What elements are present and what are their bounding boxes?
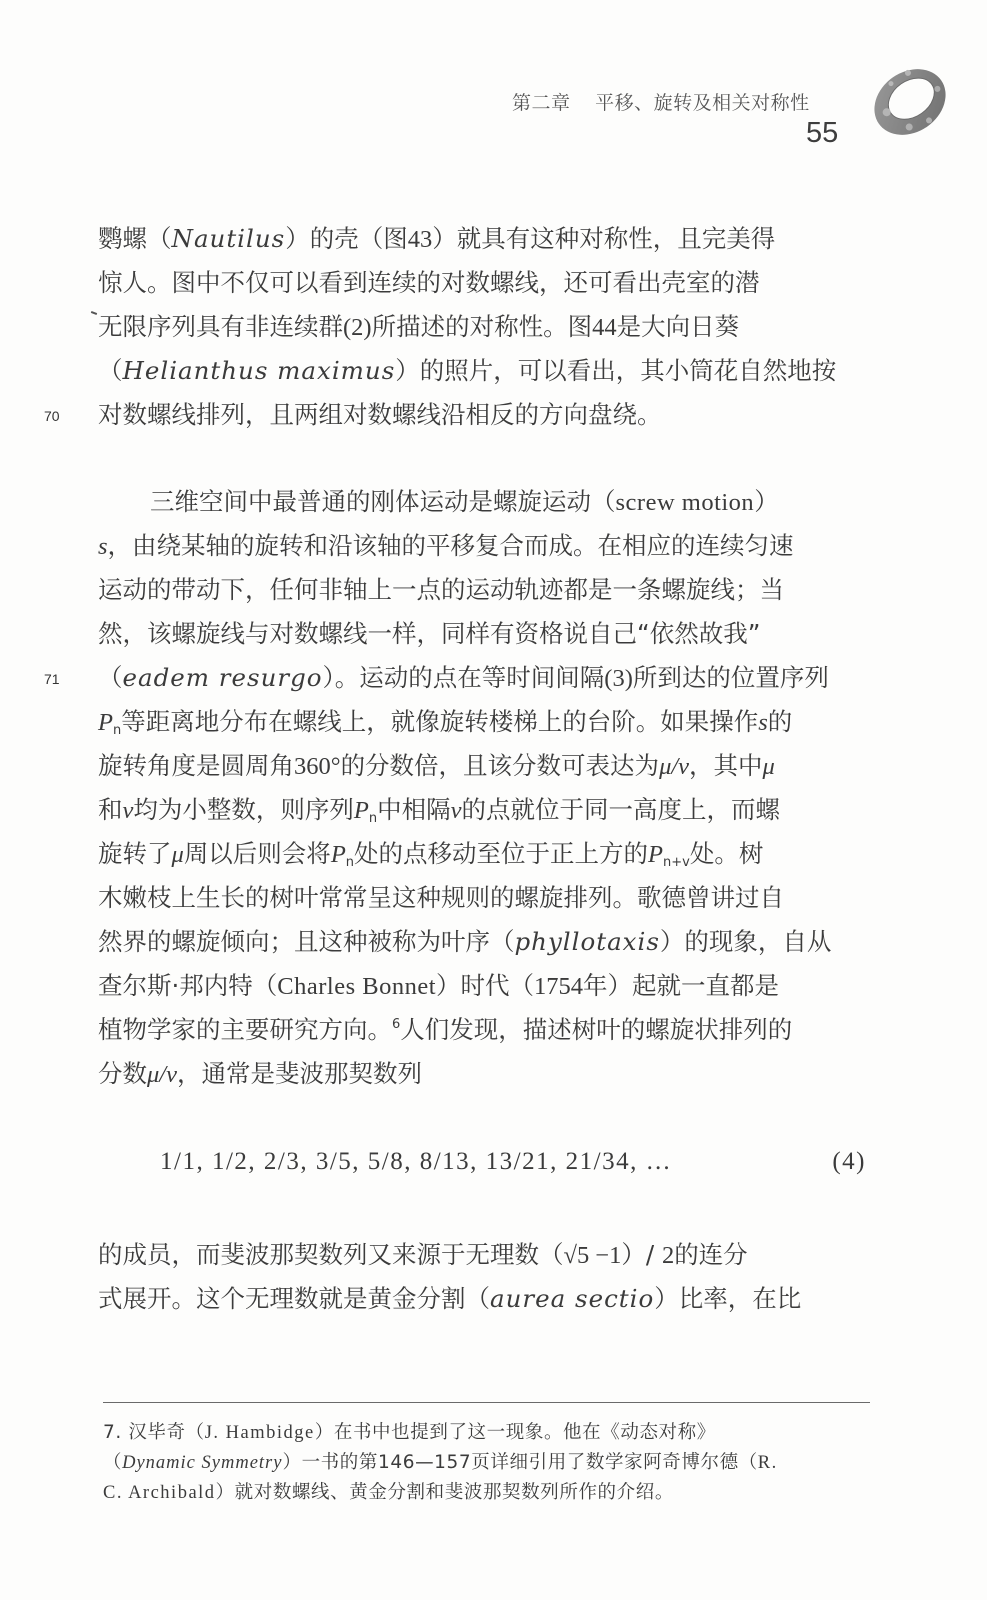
paragraph-2-line-1: 三维空间中最普通的刚体运动是螺旋运动（screw motion）: [150, 480, 779, 525]
variable: v: [451, 797, 462, 824]
text: 鹦螺（: [98, 224, 172, 253]
margin-number-70: 70: [44, 408, 60, 424]
latin-term: Helianthus maximus: [123, 356, 396, 385]
text: 所描述的对称性。图: [372, 312, 593, 341]
variable: s: [758, 709, 768, 736]
latin-term: aurea sectio: [490, 1284, 654, 1313]
text: ）的现象，自从: [660, 927, 832, 956]
person-name: C. Archibald: [103, 1483, 216, 1503]
paragraph-1-line-5: 对数螺线排列，且两组对数螺线沿相反的方向盘绕。: [98, 393, 662, 437]
paragraph-1-line-4: （Helianthus maximus）的照片，可以看出，其小筒花自然地按: [98, 349, 836, 393]
paragraph-2-line-5: （eadem resurgo）。运动的点在等时间间隔(3)所到达的位置序列: [98, 656, 829, 701]
fraction: μ/v: [147, 1061, 177, 1088]
math-expression: √5 −1: [564, 1242, 622, 1269]
text: ）: [754, 487, 779, 516]
text: ）/: [621, 1240, 662, 1269]
paragraph-2-line-8: 和v均为小整数，则序列Pn中相隔v的点就位于同一高度上，而螺: [98, 788, 780, 833]
text: 和: [98, 795, 123, 824]
year: 1754: [534, 973, 583, 1000]
running-head: 第二章 平移、旋转及相关对称性: [512, 88, 810, 115]
paragraph-2-line-3: 运动的带动下，任何非轴上一点的运动轨迹都是一条螺旋线；当: [98, 568, 784, 612]
figure-ref: 44: [592, 314, 617, 341]
text: ）在书中也提到了这一现象。他在《动态对称》: [315, 1422, 716, 1443]
text: （: [98, 356, 123, 385]
text: 等距离地分布在螺线上，就像旋转楼梯上的台阶。如果操作: [121, 707, 758, 736]
paragraph-1-line-1: 鹦螺（Nautilus）的壳（图43）就具有这种对称性，且完美得: [98, 217, 775, 262]
text: ）比率，在比: [654, 1284, 801, 1313]
latin-term: Nautilus: [172, 224, 286, 253]
footnote-line-1: 7. 汉毕奇（J. Hambidge）在书中也提到了这一现象。他在《动态对称》: [103, 1418, 716, 1448]
text: 然界的螺旋倾向；且这种被称为叶序（: [98, 927, 515, 956]
text: ）就具有这种对称性，且完美得: [432, 224, 775, 253]
text: ）的照片，可以看出，其小筒花自然地按: [395, 356, 836, 385]
number: 2: [662, 1242, 674, 1269]
paragraph-3-line-2: 式展开。这个无理数就是黄金分割（aurea sectio）比率，在比: [98, 1277, 801, 1321]
paragraph-2-line-2: s，由绕某轴的旋转和沿该轴的平移复合而成。在相应的连续匀速: [98, 524, 794, 569]
paragraph-1-line-2: 惊人。图中不仅可以看到连续的对数螺线，还可看出壳室的潜: [98, 261, 760, 305]
text: ）一书的第146—157页详细引用了数学家阿奇博尔德（: [282, 1452, 757, 1473]
text: 旋转角度是圆周角: [98, 751, 294, 780]
text: 旋转了: [98, 839, 172, 868]
text: ）时代（: [436, 971, 534, 1000]
paragraph-2-line-10: 木嫩枝上生长的树叶常常呈这种规则的螺旋排列。歌德曾讲过自: [98, 876, 784, 920]
fraction: μ/v: [659, 753, 689, 780]
text: 人们发现，描述树叶的螺旋状排列的: [400, 1015, 792, 1044]
variable: μ: [763, 753, 775, 780]
text: 的连分: [674, 1240, 748, 1269]
paragraph-1-line-3: 无限序列具有非连续群(2)所描述的对称性。图44是大向日葵: [98, 305, 739, 350]
text: 的: [768, 707, 793, 736]
angle: 360°: [294, 753, 341, 780]
person-initial: R.: [758, 1453, 778, 1473]
person-name: J. Hambidge: [205, 1423, 315, 1443]
variable: v: [123, 797, 134, 824]
subscript: n: [369, 811, 377, 826]
note-ref: (3): [604, 665, 633, 692]
text: 7. 汉毕奇（: [103, 1422, 205, 1443]
paragraph-2-line-7: 旋转角度是圆周角360°的分数倍，且该分数可表达为μ/v，其中μ: [98, 744, 775, 789]
text: 式展开。这个无理数就是黄金分割（: [98, 1284, 490, 1313]
paragraph-2-line-13: 植物学家的主要研究方向。6人们发现，描述树叶的螺旋状排列的: [98, 1008, 792, 1052]
latin-term: eadem resurgo: [123, 663, 323, 692]
text: 处的点移动至位于正上方的: [354, 839, 648, 868]
fibonacci-sequence: 1/1, 1/2, 2/3, 3/5, 5/8, 8/13, 13/21, 21…: [160, 1148, 672, 1175]
variable: P: [331, 841, 346, 868]
text: 中相隔: [377, 795, 451, 824]
latin-term: phyllotaxis: [515, 927, 660, 956]
text: 的点就位于同一高度上，而螺: [461, 795, 780, 824]
person-name: Charles Bonnet: [277, 973, 436, 1000]
equation-number: (4): [832, 1148, 866, 1176]
scan-mark: [91, 311, 97, 315]
text: 无限序列具有非连续群: [98, 312, 343, 341]
text: 的成员，而斐波那契数列又来源于无理数（: [98, 1240, 564, 1269]
figure-ref: 43: [408, 226, 433, 253]
footnote-divider: [103, 1402, 870, 1403]
text: ）。运动的点在等时间间隔: [323, 663, 605, 692]
subscript: n+v: [663, 855, 690, 870]
variable: μ: [172, 841, 184, 868]
text: 三维空间中最普通的刚体运动是螺旋运动（: [150, 487, 616, 516]
paragraph-2-line-14: 分数μ/v，通常是斐波那契数列: [98, 1052, 422, 1097]
text: （: [103, 1452, 122, 1473]
text: 分数: [98, 1059, 147, 1088]
equation-4: 1/1, 1/2, 2/3, 3/5, 5/8, 8/13, 13/21, 21…: [160, 1148, 866, 1176]
paragraph-3-line-1: 的成员，而斐波那契数列又来源于无理数（√5 −1）/ 2的连分: [98, 1233, 748, 1278]
text: ，其中: [689, 751, 763, 780]
paragraph-2-line-12: 查尔斯·邦内特（Charles Bonnet）时代（1754年）起就一直都是: [98, 964, 779, 1009]
note-ref: (2): [343, 314, 372, 341]
variable: P: [648, 841, 663, 868]
page-number: 55: [806, 117, 838, 150]
margin-number-71: 71: [44, 671, 60, 687]
text: 查尔斯·邦内特（: [98, 971, 277, 1000]
text: 植物学家的主要研究方向。: [98, 1015, 392, 1044]
text: 是大向日葵: [617, 312, 740, 341]
english-term: screw motion: [616, 489, 755, 516]
footnote-line-2: （Dynamic Symmetry）一书的第146—157页详细引用了数学家阿奇…: [103, 1448, 778, 1478]
text: 均为小整数，则序列: [133, 795, 354, 824]
footnote-line-3: C. Archibald）就对数螺线、黄金分割和斐波那契数列所作的介绍。: [103, 1478, 674, 1508]
text: 年）起就一直都是: [583, 971, 779, 1000]
variable: s: [98, 533, 108, 560]
text: 处。树: [690, 839, 764, 868]
chapter-title: 平移、旋转及相关对称性: [595, 92, 810, 114]
subscript: n: [113, 723, 121, 738]
paragraph-2-line-11: 然界的螺旋倾向；且这种被称为叶序（phyllotaxis）的现象，自从: [98, 920, 831, 964]
subscript: n: [346, 855, 354, 870]
variable: P: [354, 797, 369, 824]
chapter-number: 第二章: [512, 92, 571, 114]
paragraph-2-line-9: 旋转了μ周以后则会将Pn处的点移动至位于正上方的Pn+v处。树: [98, 832, 763, 877]
paragraph-2-line-4: 然，该螺旋线与对数螺线一样，同样有资格说自己“依然故我”: [98, 612, 760, 656]
book-title: Dynamic Symmetry: [122, 1453, 282, 1473]
variable: P: [98, 709, 113, 736]
text: ，通常是斐波那契数列: [177, 1059, 422, 1088]
book-page: 第二章 平移、旋转及相关对称性 55 鹦螺（Nautilus）的壳（图43）就具…: [0, 0, 987, 1600]
ring-icon: [865, 52, 955, 152]
text: 所到达的位置序列: [633, 663, 829, 692]
text: ）就对数螺线、黄金分割和斐波那契数列所作的介绍。: [216, 1482, 674, 1503]
text: ）的壳（图: [285, 224, 408, 253]
paragraph-2-line-6: Pn等距离地分布在螺线上，就像旋转楼梯上的台阶。如果操作s的: [98, 700, 792, 745]
text: （: [98, 663, 123, 692]
text: ，由绕某轴的旋转和沿该轴的平移复合而成。在相应的连续匀速: [108, 531, 794, 560]
text: 的分数倍，且该分数可表达为: [341, 751, 660, 780]
text: 周以后则会将: [184, 839, 331, 868]
